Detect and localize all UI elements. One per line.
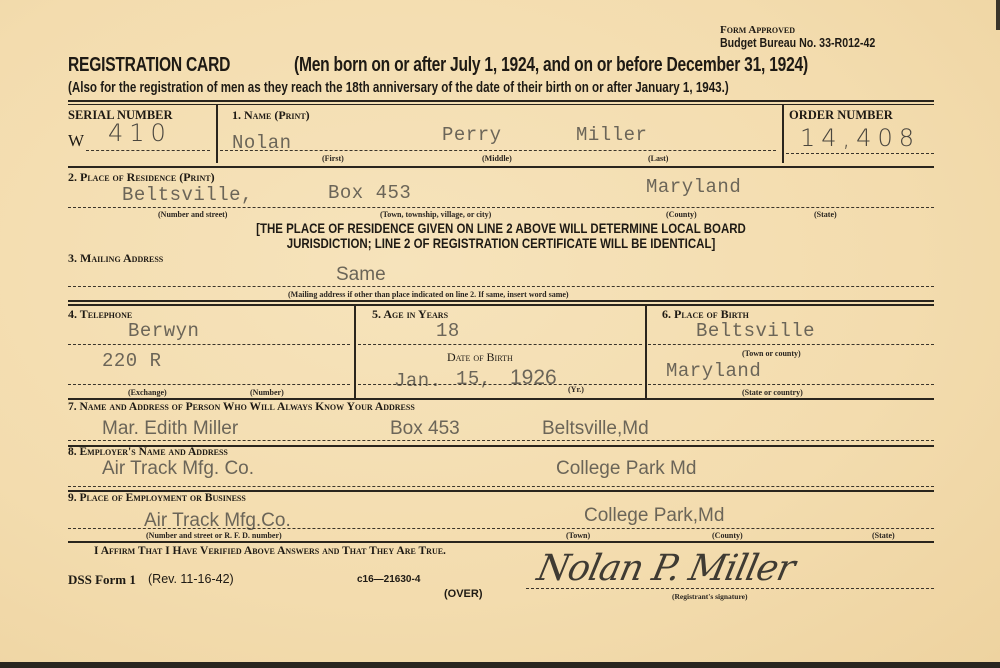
year-caption: (Yr.) (568, 385, 584, 394)
registration-card: Form Approved Budget Bureau No. 33-R012-… (0, 0, 1000, 662)
contact-city-value: Beltsville,Md (542, 418, 649, 440)
order-number-label: ORDER NUMBER (789, 108, 893, 123)
last-caption: (Last) (648, 154, 668, 163)
first-caption: (First) (322, 154, 344, 163)
name-line (220, 150, 776, 151)
birth-town-line (648, 344, 934, 345)
serial-prefix: W (68, 131, 84, 151)
telephone-exchange-value: Berwyn (128, 320, 199, 342)
print-code: c16—21630-4 (357, 574, 420, 585)
number-caption: (Number) (250, 388, 284, 397)
budget-bureau-number: Budget Bureau No. 33-R012-42 (720, 36, 875, 50)
employment-street-caption: (Number and street or R. F. D. number) (146, 531, 282, 540)
jurisdiction-notice-line1: [THE PLACE OF RESIDENCE GIVEN ON LINE 2 … (146, 221, 856, 236)
card-right-edge (996, 0, 1000, 30)
divider (68, 398, 934, 400)
jurisdiction-notice-line2: JURISDICTION; LINE 2 OF REGISTRATION CER… (146, 236, 856, 251)
county-caption: (County) (666, 210, 697, 219)
state-or-country-caption: (State or country) (742, 388, 803, 397)
dob-year-value: 1926 (510, 366, 557, 390)
employer-city-value: College Park Md (556, 458, 696, 480)
contact-line (68, 440, 934, 441)
divider (68, 300, 934, 302)
employer-label: 8. Employer's Name and Address (68, 446, 228, 458)
divider (782, 105, 784, 163)
signature-caption: (Registrant's signature) (672, 592, 747, 601)
divider (68, 104, 934, 105)
serial-line (86, 150, 210, 151)
age-value: 18 (436, 320, 460, 342)
card-subtitle: (Also for the registration of men as the… (68, 80, 729, 96)
telephone-line (68, 384, 350, 385)
contact-box-value: Box 453 (390, 418, 460, 440)
birth-town-value: Beltsville (696, 320, 815, 342)
contact-person-label: 7. Name and Address of Person Who Will A… (68, 401, 415, 413)
mailing-caption: (Mailing address if other than place ind… (288, 290, 569, 299)
middle-caption: (Middle) (482, 154, 512, 163)
divider (68, 541, 934, 543)
signature-line (526, 588, 934, 589)
divider (354, 306, 356, 398)
residence-street-value: Beltsville, (122, 184, 253, 206)
birth-state-line (648, 384, 934, 385)
last-name-value: Miller (576, 124, 647, 146)
state-caption: (State) (814, 210, 837, 219)
divider (216, 105, 218, 163)
mailing-address-label: 3. Mailing Address (68, 251, 163, 266)
dob-day-value: 15, (456, 368, 492, 390)
residence-town-value: Box 453 (328, 182, 411, 204)
residence-label: 2. Place of Residence (Print) (68, 170, 215, 185)
town-caption: (Town, township, village, or city) (380, 210, 491, 219)
date-of-birth-label: Date of Birth (447, 350, 513, 365)
town-or-county-caption: (Town or county) (742, 349, 801, 358)
age-line (358, 344, 642, 345)
dob-line (358, 384, 642, 385)
divider (68, 100, 934, 102)
over-label: (OVER) (444, 588, 483, 600)
mailing-address-value: Same (336, 264, 386, 286)
card-title-note: (Men born on or after July 1, 1924, and … (294, 54, 808, 77)
card-bottom-edge (0, 662, 1000, 668)
affirmation-statement: I Affirm That I Have Verified Above Answ… (94, 545, 446, 557)
serial-number-value: 410 (108, 119, 172, 147)
order-number-value: 14,408 (800, 124, 920, 152)
employment-state-caption: (State) (872, 531, 895, 540)
divider (68, 304, 934, 306)
divider (68, 166, 934, 168)
residence-county-value: Maryland (646, 176, 741, 198)
divider (645, 306, 647, 398)
employment-county-caption: (County) (712, 531, 743, 540)
mailing-line (68, 286, 934, 287)
residence-line (68, 207, 934, 208)
telephone-number-value: 220 R (102, 350, 162, 372)
employment-town-caption: (Town) (566, 531, 590, 540)
name-label: 1. Name (Print) (232, 108, 310, 123)
street-caption: (Number and street) (158, 210, 227, 219)
registrant-signature: Nolan P. Miller (534, 548, 798, 589)
employer-line (68, 486, 934, 487)
middle-name-value: Perry (442, 124, 502, 146)
employer-name-value: Air Track Mfg. Co. (102, 458, 254, 480)
form-approved-label: Form Approved (720, 24, 795, 36)
contact-name-value: Mar. Edith Miller (102, 418, 238, 440)
order-line (786, 153, 934, 154)
telephone-label: 4. Telephone (68, 307, 132, 322)
card-title: REGISTRATION CARD (68, 54, 230, 77)
form-id: DSS Form 1 (68, 572, 136, 588)
place-of-employment-label: 9. Place of Employment or Business (68, 492, 246, 504)
form-revision: (Rev. 11-16-42) (148, 572, 234, 586)
birth-state-value: Maryland (666, 360, 761, 382)
dob-month-value: Jan. (394, 370, 442, 392)
employment-town-value: College Park,Md (584, 505, 724, 527)
telephone-line (68, 344, 350, 345)
employment-line (68, 528, 934, 529)
exchange-caption: (Exchange) (128, 388, 167, 397)
